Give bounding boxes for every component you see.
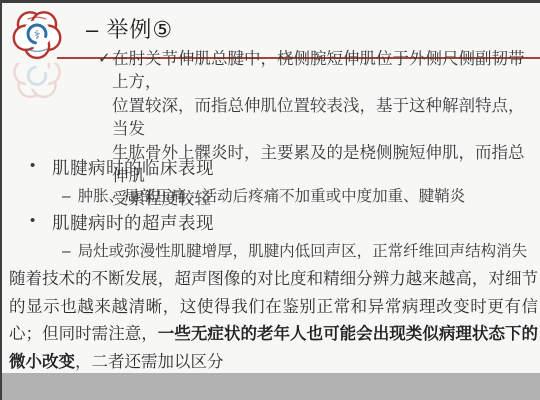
check-bullet-icon: ✓ — [98, 49, 111, 67]
slide-footer-bar — [0, 373, 540, 400]
paragraph-normal-2: ，二者还需加以区分 — [75, 353, 224, 371]
bullet-ultrasound-manifestations: 肌腱病时的超声表现 — [52, 210, 214, 235]
dash-icon: – — [62, 243, 71, 260]
window-top-edge — [0, 0, 540, 3]
sub-bullet-clinical-text: 肿胀、局部压痛、活动后疼痛不加重或中度加重、腱鞘炎 — [78, 188, 466, 205]
dash-icon: – — [62, 188, 71, 205]
slide-logo: ⚕ — [9, 6, 65, 108]
slide-title: – 举例⑤ — [86, 13, 173, 44]
presentation-slide: ⚕ – 举例⑤ ✓ 在肘关节伸肌总腱中，桡侧腕短伸肌位于外侧尺侧副韧带上方， 位… — [0, 0, 540, 400]
closing-paragraph: 随着技术的不断发展，超声图像的对比度和精细分辨力越来越高，对细节的显示也越来越清… — [9, 266, 538, 376]
sub-bullet-clinical: –肿胀、局部压痛、活动后疼痛不加重或中度加重、腱鞘炎 — [62, 184, 465, 206]
window-left-edge — [0, 0, 2, 400]
bullet-clinical-manifestations: 肌腱病时的临床表现 — [52, 155, 214, 180]
bullet-icon: • — [30, 212, 35, 229]
sub-bullet-ultrasound: –局灶或弥漫性肌腱增厚，肌腱内低回声区，正常纤维回声结构消失 — [62, 239, 527, 261]
plum-blossom-logo-icon: ⚕ — [9, 6, 65, 62]
svg-text:⚕: ⚕ — [34, 28, 41, 42]
logo-reflection — [9, 63, 65, 103]
sub-bullet-ultrasound-text: 局灶或弥漫性肌腱增厚，肌腱内低回声区，正常纤维回声结构消失 — [78, 243, 528, 260]
bullet-icon: • — [30, 157, 35, 174]
